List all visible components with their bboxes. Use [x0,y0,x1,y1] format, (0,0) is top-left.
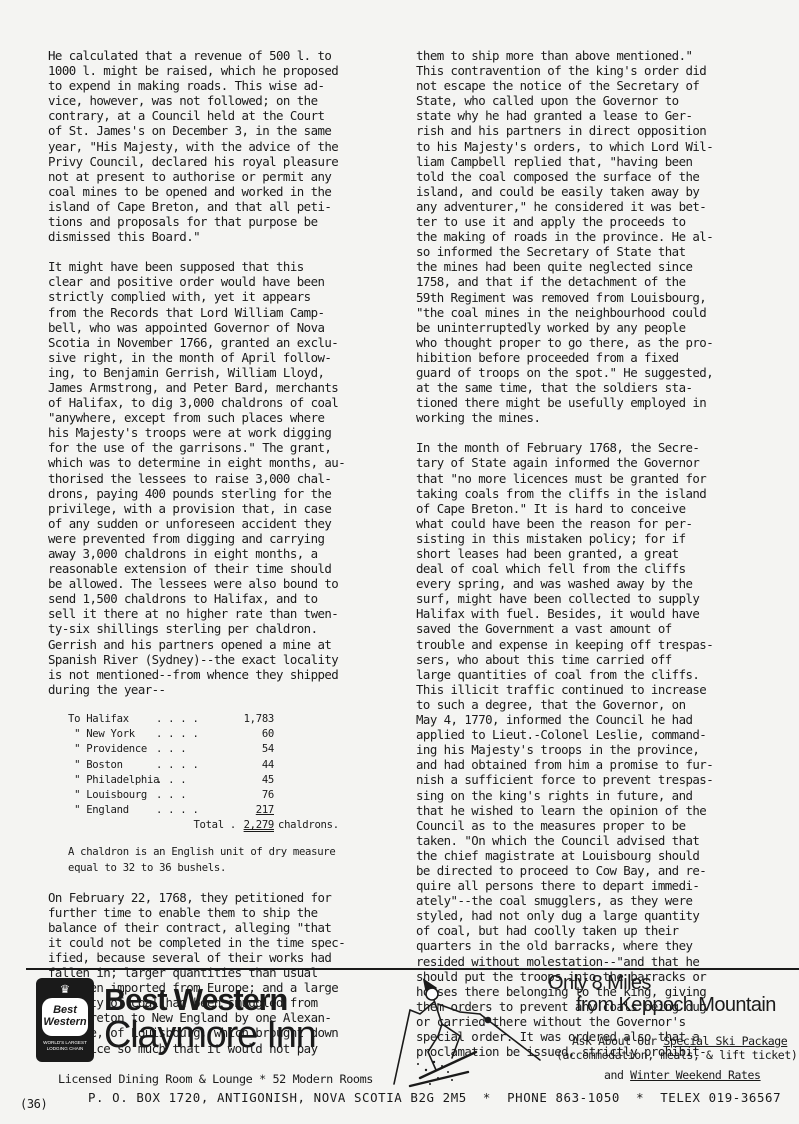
footnote: A chaldron is an English unit of dry mea… [68,844,408,876]
address-line: P. O. BOX 1720, ANTIGONISH, NOVA SCOTIA … [88,1090,781,1105]
ad-subtitle: Claymore Inn [104,1014,316,1057]
paragraph: them to ship more than above mentioned."… [416,48,794,425]
table-row: " Louisbourg . . . 76 [68,788,408,803]
advertisement: ♛ Best Western WORLD'S LARGEST LODGING C… [0,970,799,1124]
winter-rates-link: Winter Weekend Rates [630,1068,760,1082]
paragraph: It might have been supposed that this cl… [48,259,408,697]
shipment-table: To Halifax . . . . 1,783 " New York . . … [68,712,408,834]
ad-headline: from Keppoch Mountain [576,994,776,1017]
table-row: " England . . . . 217 [68,803,408,818]
table-row: To Halifax . . . . 1,783 [68,712,408,727]
right-column: them to ship more than above mentioned."… [416,48,794,1074]
table-row: " New York . . . . 60 [68,727,408,742]
paragraph: In the month of February 1768, the Secre… [416,440,794,1059]
table-row: " Philadelphia . . . 45 [68,773,408,788]
table-row: " Providence . . . 54 [68,742,408,757]
ad-title: Best Western [104,982,287,1018]
ski-package-link: Special Ski Package [663,1034,787,1048]
skier-illustration-icon [380,974,570,1092]
crown-icon: ♛ [48,981,82,997]
table-total-row: Total . 2,279 chaldrons. [68,818,408,833]
ski-package-details: (accommodation, meals, & lift ticket) [556,1048,797,1062]
best-western-logo: ♛ Best Western WORLD'S LARGEST LODGING C… [36,978,94,1062]
table-row: " Boston . . . . 44 [68,758,408,773]
amenities: Licensed Dining Room & Lounge * 52 Moder… [58,1072,373,1086]
ad-headline: Only 8 Miles [548,972,651,995]
paragraph: He calculated that a revenue of 500 l. t… [48,48,408,244]
page-number: (36) [20,1097,47,1111]
left-column: He calculated that a revenue of 500 l. t… [48,48,408,1071]
ski-package-line: Ask About Our Special Ski Package [572,1034,787,1048]
winter-rates-line: and Winter Weekend Rates [604,1068,761,1082]
